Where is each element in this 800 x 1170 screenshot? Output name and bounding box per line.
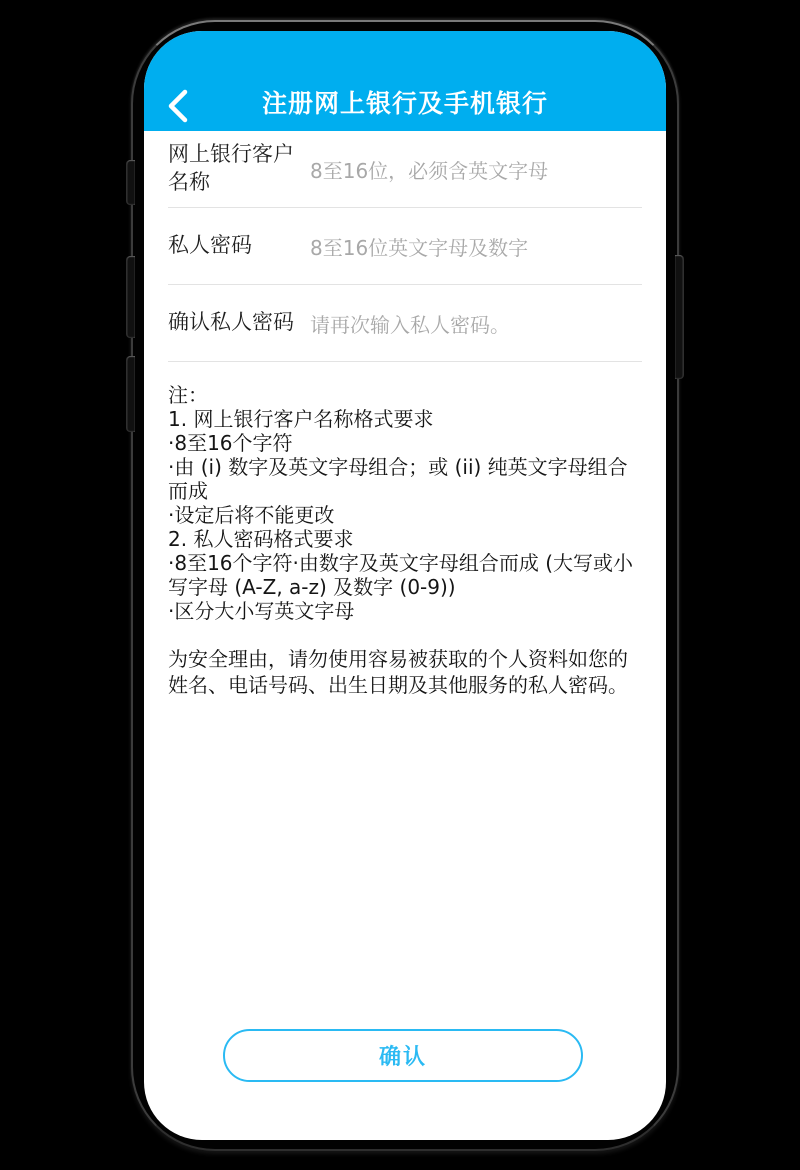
phone-frame: 注册网上银行及手机银行 网上银行客户名称 8至16位，必须含英文字母 私人密码 … <box>131 20 679 1151</box>
volume-down-button <box>126 356 135 432</box>
password-field[interactable]: 8至16位英文字母及数字 <box>310 232 642 261</box>
back-button[interactable] <box>162 87 194 125</box>
note-line: ·设定后将不能更改 <box>168 503 642 527</box>
form-row: 网上银行客户名称 8至16位，必须含英文字母 <box>168 131 642 208</box>
power-button <box>675 255 684 379</box>
note-line: 2. 私人密码格式要求 <box>168 527 642 551</box>
registration-form: 网上银行客户名称 8至16位，必须含英文字母 私人密码 8至16位英文字母及数字… <box>144 131 666 362</box>
password-label: 私人密码 <box>168 232 310 260</box>
form-row: 确认私人密码 请再次输入私人密码。 <box>168 285 642 362</box>
confirm-button[interactable]: 确认 <box>223 1029 583 1082</box>
security-note: 为安全理由，请勿使用容易被获取的个人资料如您的姓名、电话号码、出生日期及其他服务… <box>144 646 666 698</box>
note-line: ·8至16个字符 <box>168 431 642 455</box>
notes-section: 注： 1. 网上银行客户名称格式要求 ·8至16个字符 ·由 (i) 数字及英文… <box>144 383 666 623</box>
chevron-left-icon <box>166 89 190 123</box>
page-title: 注册网上银行及手机银行 <box>262 84 548 120</box>
username-label: 网上银行客户名称 <box>168 141 310 197</box>
volume-up-button <box>126 256 135 338</box>
note-line: ·8至16个字符·由数字及英文字母组合而成 (大写或小写字母 (A-Z, a-z… <box>168 551 642 599</box>
form-row: 私人密码 8至16位英文字母及数字 <box>168 208 642 285</box>
mute-switch <box>126 160 135 205</box>
background: 注册网上银行及手机银行 网上银行客户名称 8至16位，必须含英文字母 私人密码 … <box>0 0 800 1170</box>
note-line: ·由 (i) 数字及英文字母组合；或 (ii) 纯英文字母组合而成 <box>168 455 642 503</box>
confirm-password-field[interactable]: 请再次输入私人密码。 <box>310 309 642 338</box>
confirm-password-label: 确认私人密码 <box>168 309 310 337</box>
username-field[interactable]: 8至16位，必须含英文字母 <box>310 155 642 184</box>
note-line: ·区分大小写英文字母 <box>168 599 642 623</box>
note-line: 注： <box>168 383 642 407</box>
screen: 注册网上银行及手机银行 网上银行客户名称 8至16位，必须含英文字母 私人密码 … <box>144 31 666 1140</box>
note-line: 1. 网上银行客户名称格式要求 <box>168 407 642 431</box>
header: 注册网上银行及手机银行 <box>144 31 666 131</box>
